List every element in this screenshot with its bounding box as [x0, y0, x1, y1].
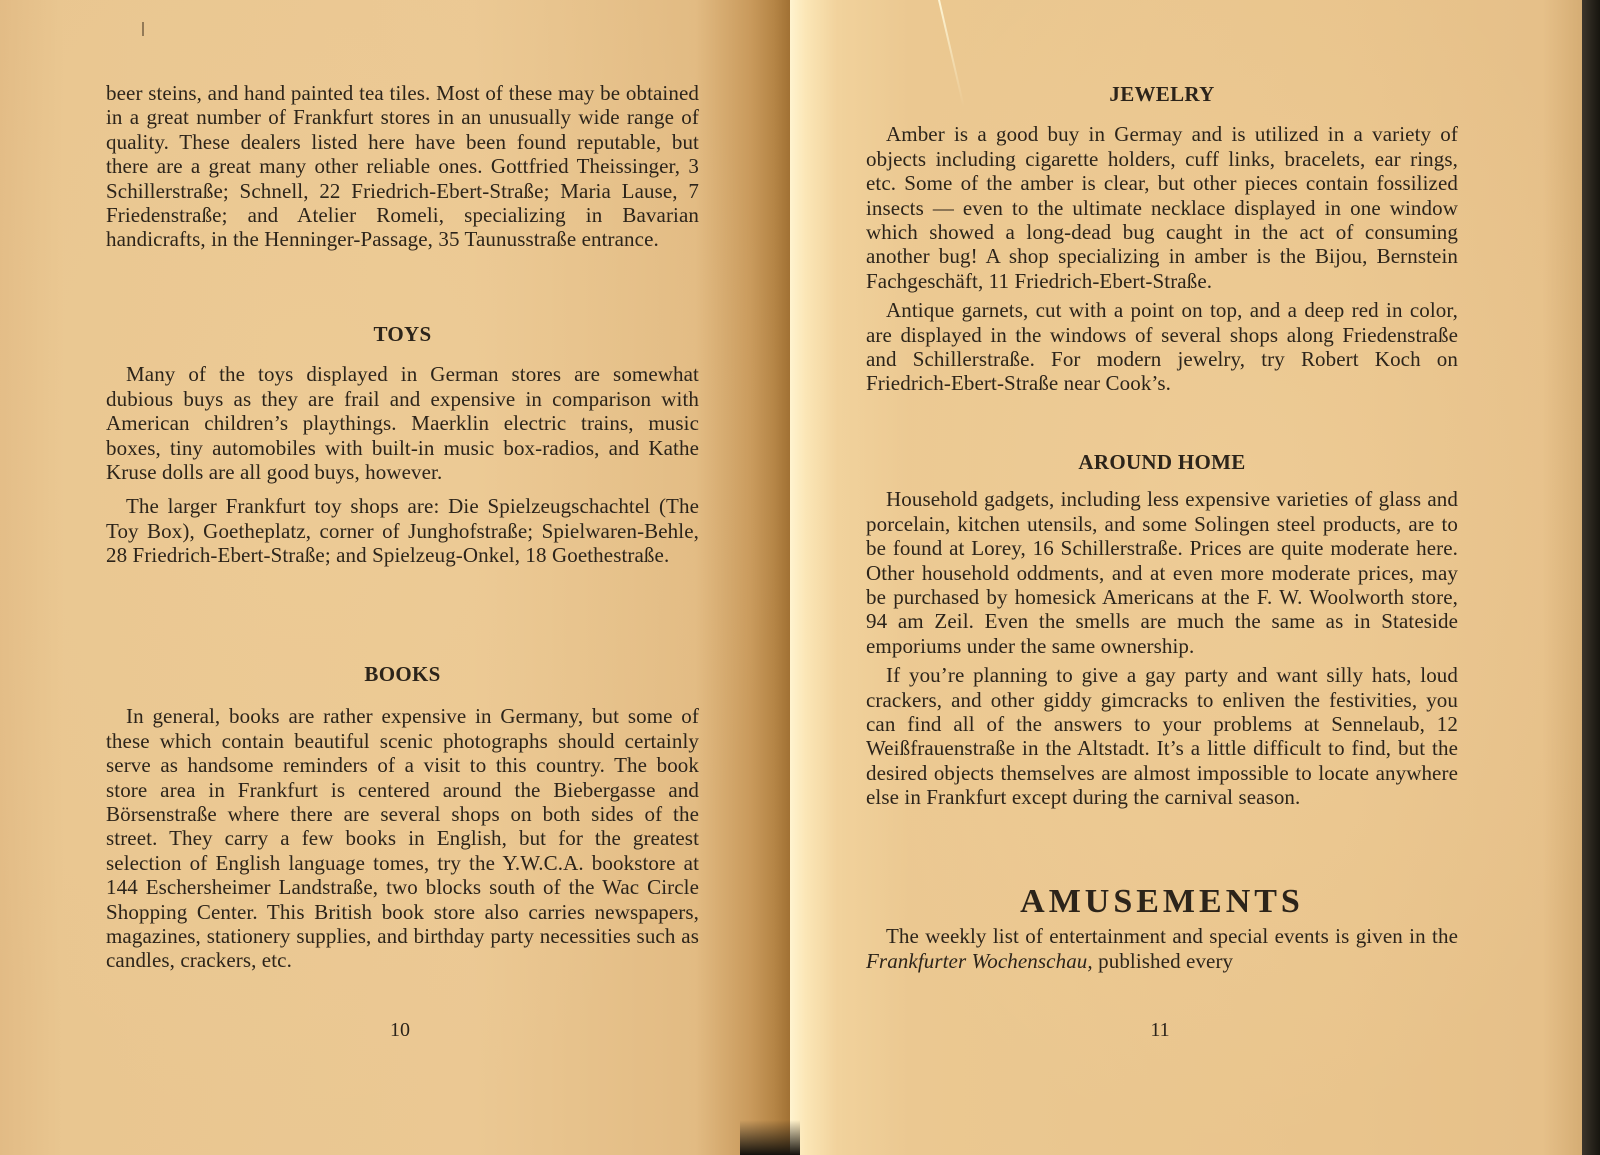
- section-books: BOOKS In general, books are rather expen…: [106, 662, 699, 973]
- amusements-intro-paragraph: The weekly list of entertainment and spe…: [866, 924, 1458, 973]
- page-number-left: 10: [370, 1019, 430, 1042]
- section-jewelry: JEWELRY Amber is a good buy in Germay an…: [866, 82, 1458, 396]
- section-toys: TOYS Many of the toys displayed in Germa…: [106, 322, 699, 568]
- left-continuation-block: beer steins, and hand painted tea tiles.…: [106, 81, 699, 252]
- section-heading-books: BOOKS: [106, 662, 699, 686]
- book-cover-edge: [1582, 0, 1600, 1155]
- toys-paragraph-1: Many of the toys displayed in German sto…: [106, 362, 699, 484]
- continuation-paragraph: beer steins, and hand painted tea tiles.…: [106, 81, 699, 252]
- books-paragraph-1: In general, books are rather expensive i…: [106, 704, 699, 972]
- publication-title: Frankfurter Wochenschau,: [866, 949, 1093, 973]
- around-home-paragraph-2: If you’re planning to give a gay party a…: [866, 663, 1458, 809]
- book-spread: beer steins, and hand painted tea tiles.…: [0, 0, 1600, 1155]
- section-heading-around-home: AROUND HOME: [866, 450, 1458, 474]
- amusements-intro-text: The weekly list of entertainment and spe…: [886, 924, 1458, 948]
- around-home-paragraph-1: Household gadgets, including less expens…: [866, 487, 1458, 658]
- right-page: JEWELRY Amber is a good buy in Germay an…: [790, 0, 1582, 1155]
- page-number-right: 11: [1130, 1019, 1190, 1042]
- left-page: beer steins, and hand painted tea tiles.…: [0, 0, 790, 1155]
- jewelry-paragraph-1: Amber is a good buy in Germay and is uti…: [866, 122, 1458, 293]
- section-heading-jewelry: JEWELRY: [866, 82, 1458, 106]
- section-heading-toys: TOYS: [106, 322, 699, 346]
- amusements-intro-text-end: published every: [1093, 949, 1233, 973]
- toys-paragraph-2: The larger Frankfurt toy shops are: Die …: [106, 494, 699, 567]
- paper-speck: [142, 22, 144, 36]
- chapter-amusements: AMUSEMENTS The weekly list of entertainm…: [866, 890, 1458, 973]
- gutter-shadow: [740, 1120, 800, 1155]
- section-around-home: AROUND HOME Household gadgets, including…: [866, 450, 1458, 810]
- chapter-heading-amusements: AMUSEMENTS: [866, 890, 1458, 914]
- jewelry-paragraph-2: Antique garnets, cut with a point on top…: [866, 298, 1458, 396]
